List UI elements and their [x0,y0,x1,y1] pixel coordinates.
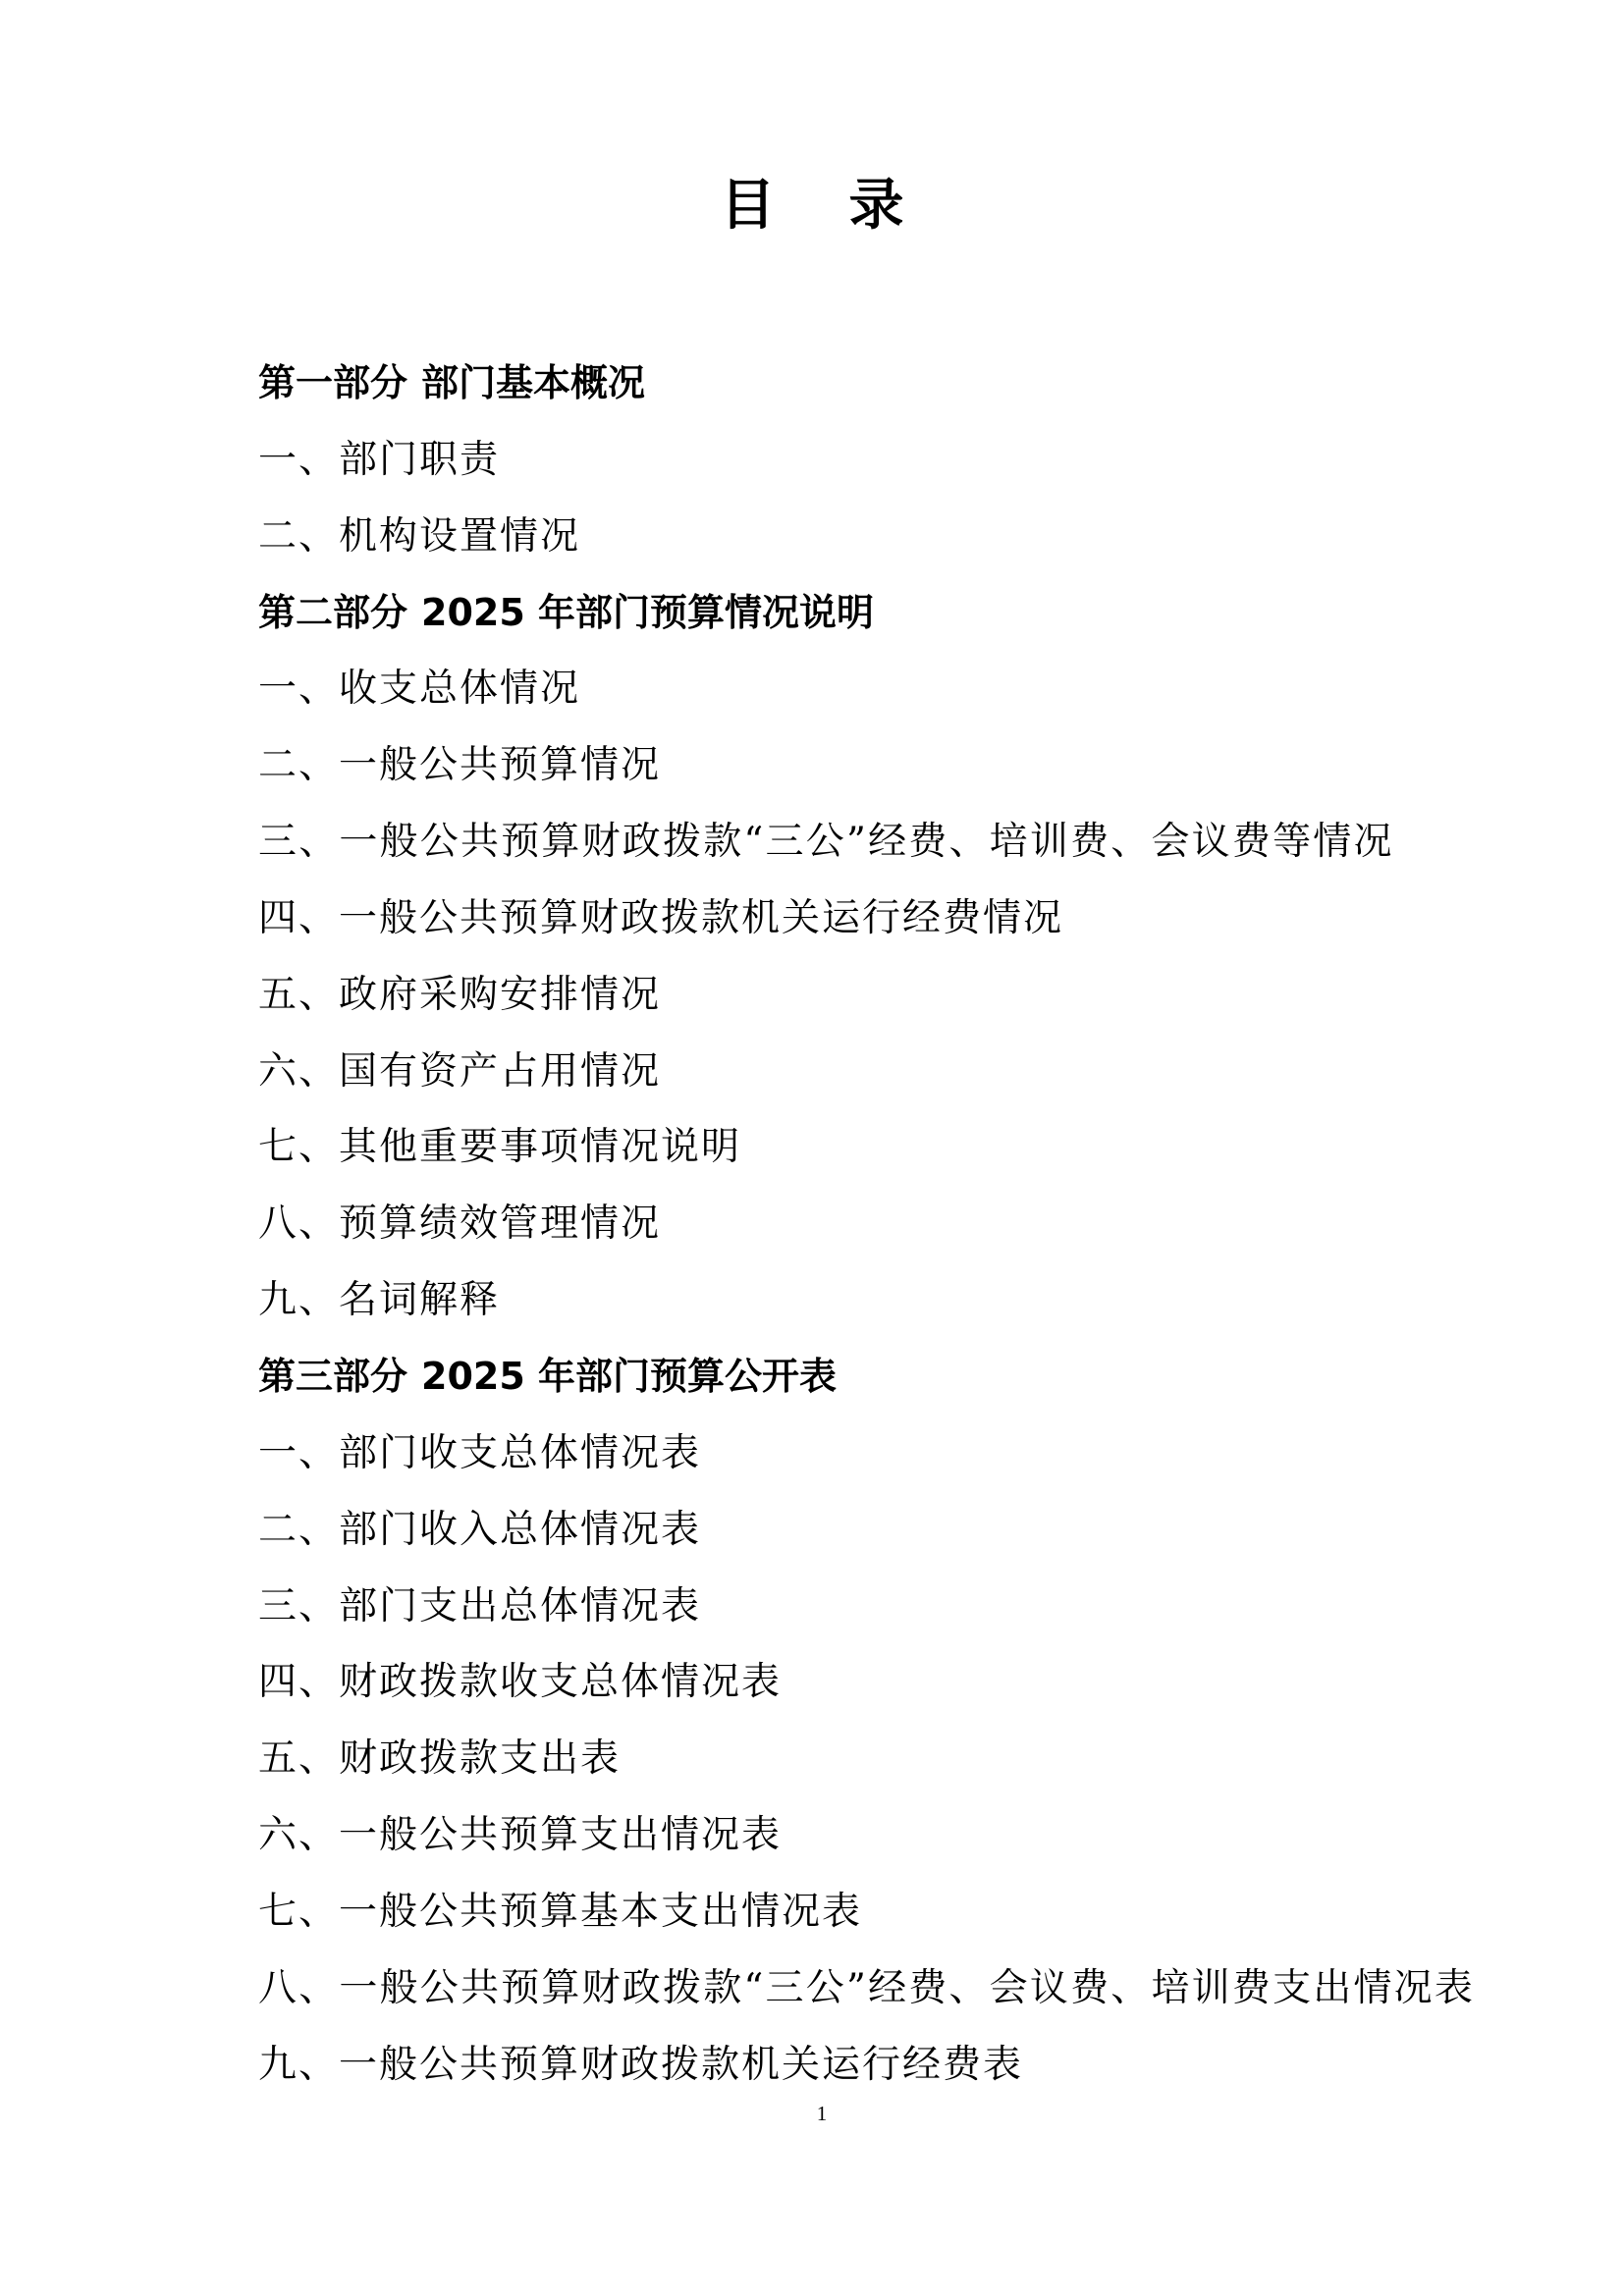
toc-item[interactable]: 七、其他重要事项情况说明 [258,1109,1535,1186]
toc-item[interactable]: 九、名词解释 [258,1262,1535,1339]
toc-item[interactable]: 二、部门收入总体情况表 [258,1492,1535,1569]
document-title: 目录 [0,169,1624,243]
part-title: 部门基本概况 [421,361,645,404]
toc-part-heading-3[interactable]: 第三部分2025 年部门预算公开表 [258,1339,1535,1415]
toc-item[interactable]: 八、一般公共预算财政拨款“三公”经费、会议费、培训费支出情况表 [258,1950,1535,2027]
part-title: 2025 年部门预算情况说明 [421,591,874,634]
toc-item[interactable]: 一、部门收支总体情况表 [258,1415,1535,1492]
toc-item[interactable]: 七、一般公共预算基本支出情况表 [258,1874,1535,1950]
toc-item[interactable]: 三、部门支出总体情况表 [258,1569,1535,1645]
toc-item[interactable]: 一、部门职责 [258,422,1535,499]
toc-item[interactable]: 二、机构设置情况 [258,499,1535,575]
toc-part-heading-1[interactable]: 第一部分部门基本概况 [258,346,1535,422]
toc-item[interactable]: 二、一般公共预算情况 [258,727,1535,804]
part-label: 第一部分 [258,361,407,404]
toc-item[interactable]: 六、一般公共预算支出情况表 [258,1797,1535,1874]
toc-item[interactable]: 五、财政拨款支出表 [258,1721,1535,1797]
table-of-contents: 第一部分部门基本概况 一、部门职责 二、机构设置情况 第二部分2025 年部门预… [258,346,1535,2103]
toc-item[interactable]: 六、国有资产占用情况 [258,1034,1535,1110]
toc-item[interactable]: 八、预算绩效管理情况 [258,1186,1535,1262]
toc-part-heading-2[interactable]: 第二部分2025 年部门预算情况说明 [258,575,1535,652]
toc-item[interactable]: 九、一般公共预算财政拨款机关运行经费表 [258,2027,1535,2104]
toc-item[interactable]: 四、一般公共预算财政拨款机关运行经费情况 [258,881,1535,957]
page-number: 1 [0,2099,1624,2128]
part-label: 第二部分 [258,591,407,634]
title-char-2: 录 [849,169,904,243]
toc-item[interactable]: 四、财政拨款收支总体情况表 [258,1644,1535,1721]
title-char-1: 目 [721,169,776,243]
toc-item[interactable]: 一、收支总体情况 [258,651,1535,727]
part-title: 2025 年部门预算公开表 [421,1355,837,1398]
toc-item[interactable]: 五、政府采购安排情况 [258,957,1535,1034]
part-label: 第三部分 [258,1355,407,1398]
toc-item[interactable]: 三、一般公共预算财政拨款“三公”经费、培训费、会议费等情况 [258,804,1535,881]
